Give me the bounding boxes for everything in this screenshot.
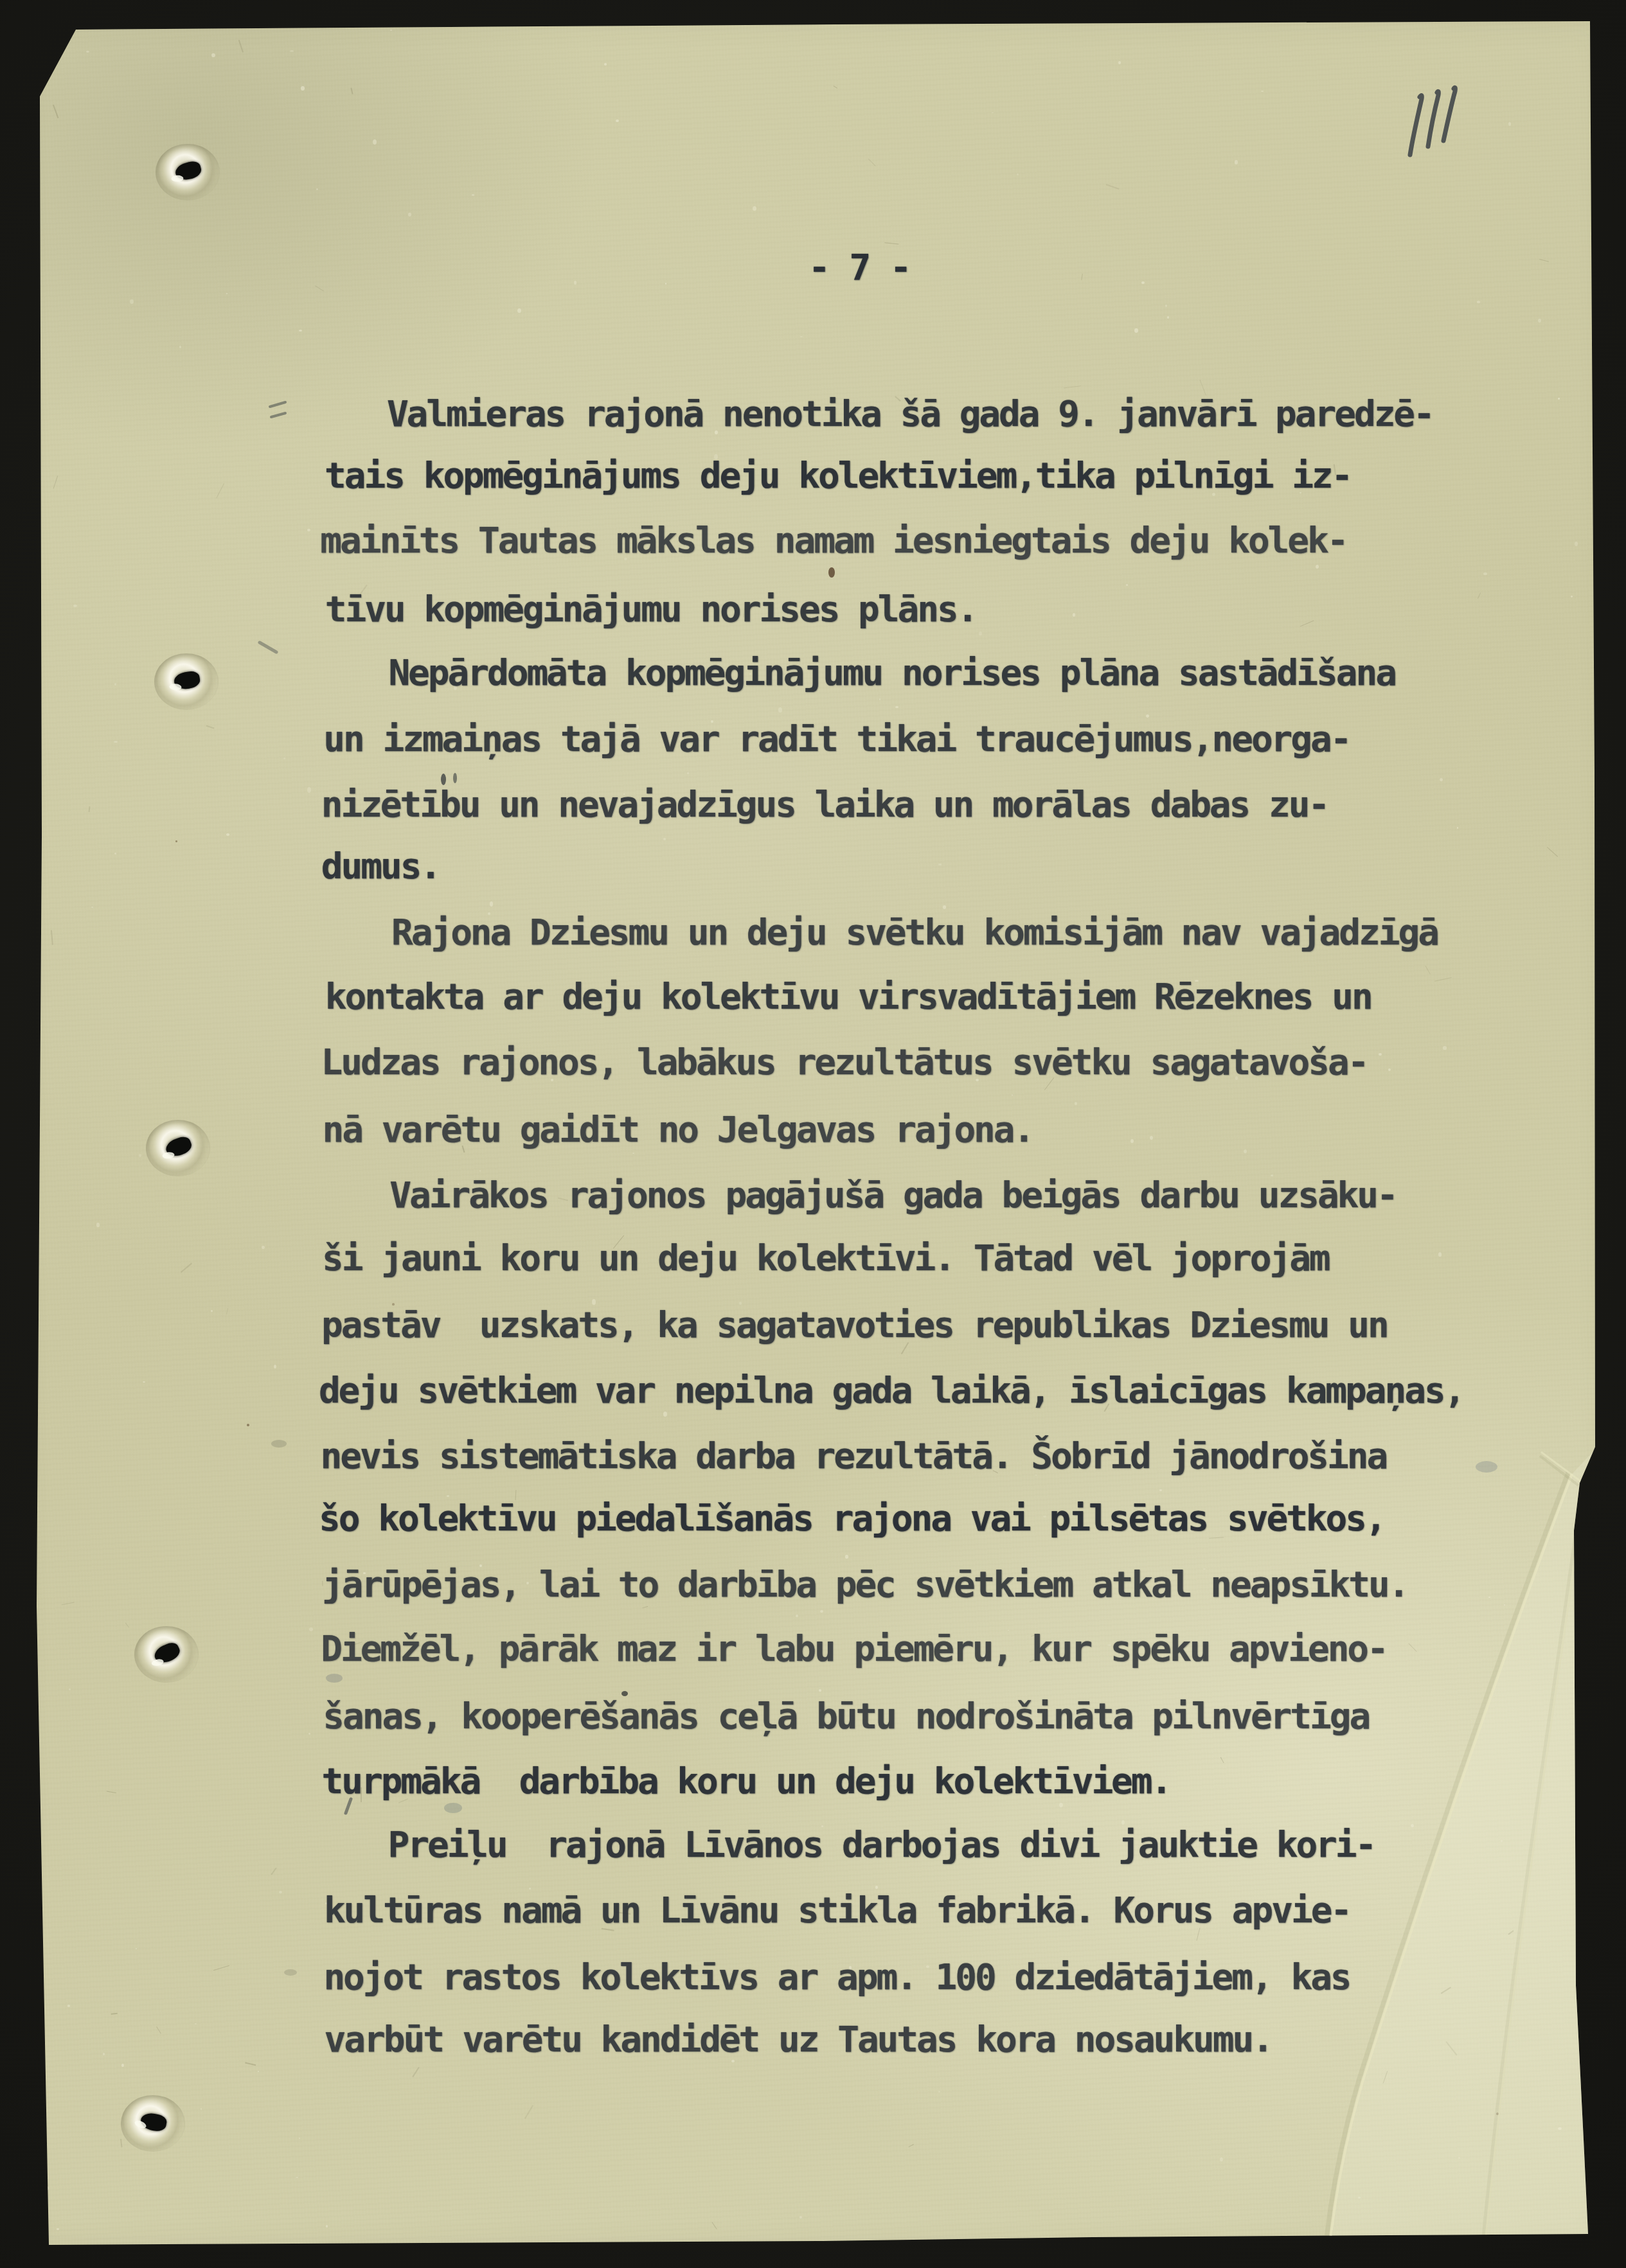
paper-sheet: Valmieras rajonā nenotika šā gada 9. jan… bbox=[0, 0, 1626, 2268]
pencil-strokes-111-icon bbox=[0, 0, 1626, 2268]
punch-hole bbox=[134, 1626, 199, 1683]
punch-hole bbox=[146, 1120, 210, 1176]
punch-hole-opening bbox=[174, 159, 202, 182]
punch-hole-opening bbox=[173, 670, 201, 691]
punch-hole bbox=[156, 144, 220, 200]
punch-hole-opening bbox=[164, 1135, 193, 1159]
punch-hole bbox=[121, 2095, 185, 2152]
scanned-document-page: { "page": { "handwritten_corner_number":… bbox=[0, 0, 1626, 2268]
punch-hole-opening bbox=[152, 1640, 182, 1666]
punch-hole bbox=[154, 653, 219, 710]
punch-hole-opening bbox=[139, 2112, 168, 2133]
